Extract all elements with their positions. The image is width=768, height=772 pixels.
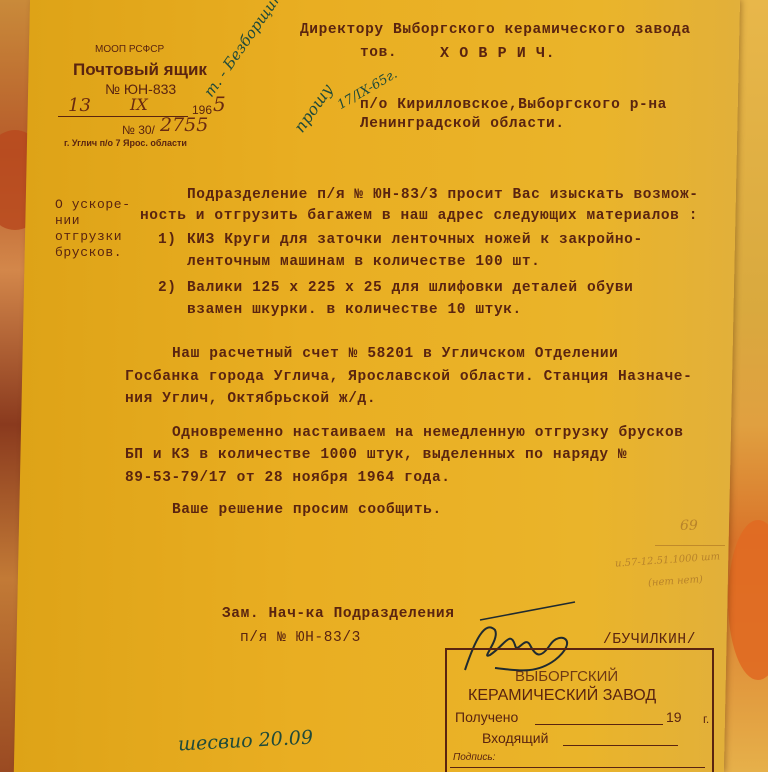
pencil-note-divider: [655, 545, 725, 546]
stamp-bottom-line: [450, 767, 705, 768]
body-p2-line3: ния Углич, Октябрьской ж/д.: [125, 391, 376, 407]
signature-name: /БУЧИЛКИН/: [603, 632, 696, 648]
body-p3-line1: Одновременно настаиваем на немедленную о…: [172, 425, 684, 441]
addressee-line4: Ленинградской области.: [360, 116, 565, 132]
body-p1-line1: Подразделение п/я № ЮН-83/3 просит Вас и…: [187, 187, 699, 203]
subject-line-4: брусков.: [55, 245, 122, 260]
body-p4: Ваше решение просим сообщить.: [172, 502, 442, 518]
item-1-line2: ленточным машинам в количестве 100 шт.: [187, 254, 540, 270]
received-year: 19: [666, 709, 682, 725]
addressee-name: Х О В Р И Ч.: [440, 45, 555, 62]
item-1-marker: 1): [158, 232, 177, 248]
received-label: Получено: [455, 709, 518, 725]
item-2-line2: взамен шкурки. в количестве 10 штук.: [187, 302, 522, 318]
body-p3-line2: БП и КЗ в количестве 1000 штук, выделенн…: [125, 447, 627, 463]
stamp-outgoing-prefix: № 30/: [122, 123, 155, 137]
subject-line-2: нии: [55, 213, 80, 228]
subject-line-1: О ускоре-: [55, 197, 131, 212]
pencil-note-top: 69: [680, 518, 698, 534]
incoming-line: [563, 745, 678, 746]
item-2-line1: Валики 125 х 225 х 25 для шлифовки детал…: [187, 280, 633, 296]
received-date-line: [535, 724, 663, 725]
stamp-date-day: 13: [68, 95, 91, 116]
stamp-date-month: IX: [130, 95, 148, 114]
addressee-line3: п/о Кирилловское,Выборгского р-на: [360, 97, 667, 113]
received-suffix: г.: [703, 712, 709, 726]
addressee-line2-prefix: тов.: [360, 45, 397, 61]
received-stamp-line1: ВЫБОРГСКИЙ: [515, 668, 618, 685]
stamp-title: Почтовый ящик: [73, 60, 207, 80]
body-p2-line1: Наш расчетный счет № 58201 в Угличском О…: [172, 346, 618, 362]
stamp-outgoing-number: 2755: [160, 114, 208, 136]
stamp-ministry: МООП РСФСР: [95, 44, 164, 55]
incoming-label: Входящий: [482, 730, 548, 746]
item-2-marker: 2): [158, 280, 177, 296]
signature-position-2: п/я № ЮН-83/3: [240, 630, 361, 646]
subject-line-3: отгрузки: [55, 229, 122, 244]
body-p3-line3: 89-53-79/17 от 28 ноября 1964 года.: [125, 470, 451, 486]
body-p1-line2: ность и отгрузить багажем в наш адрес сл…: [140, 208, 698, 224]
item-1-line1: КИЗ Круги для заточки ленточных ножей к …: [187, 232, 643, 248]
stamp-address: г. Углич п/о 7 Ярос. области: [64, 138, 187, 148]
received-stamp-line2: КЕРАМИЧЕСКИЙ ЗАВОД: [468, 687, 656, 705]
signature-position-1: Зам. Нач-ка Подразделения: [222, 606, 455, 622]
signature-label: Подпись:: [453, 752, 495, 763]
orange-pattern: [728, 520, 768, 680]
body-p2-line2: Госбанка города Углича, Ярославской обла…: [125, 369, 692, 385]
addressee-line1: Директору Выборгского керамического заво…: [300, 22, 691, 38]
